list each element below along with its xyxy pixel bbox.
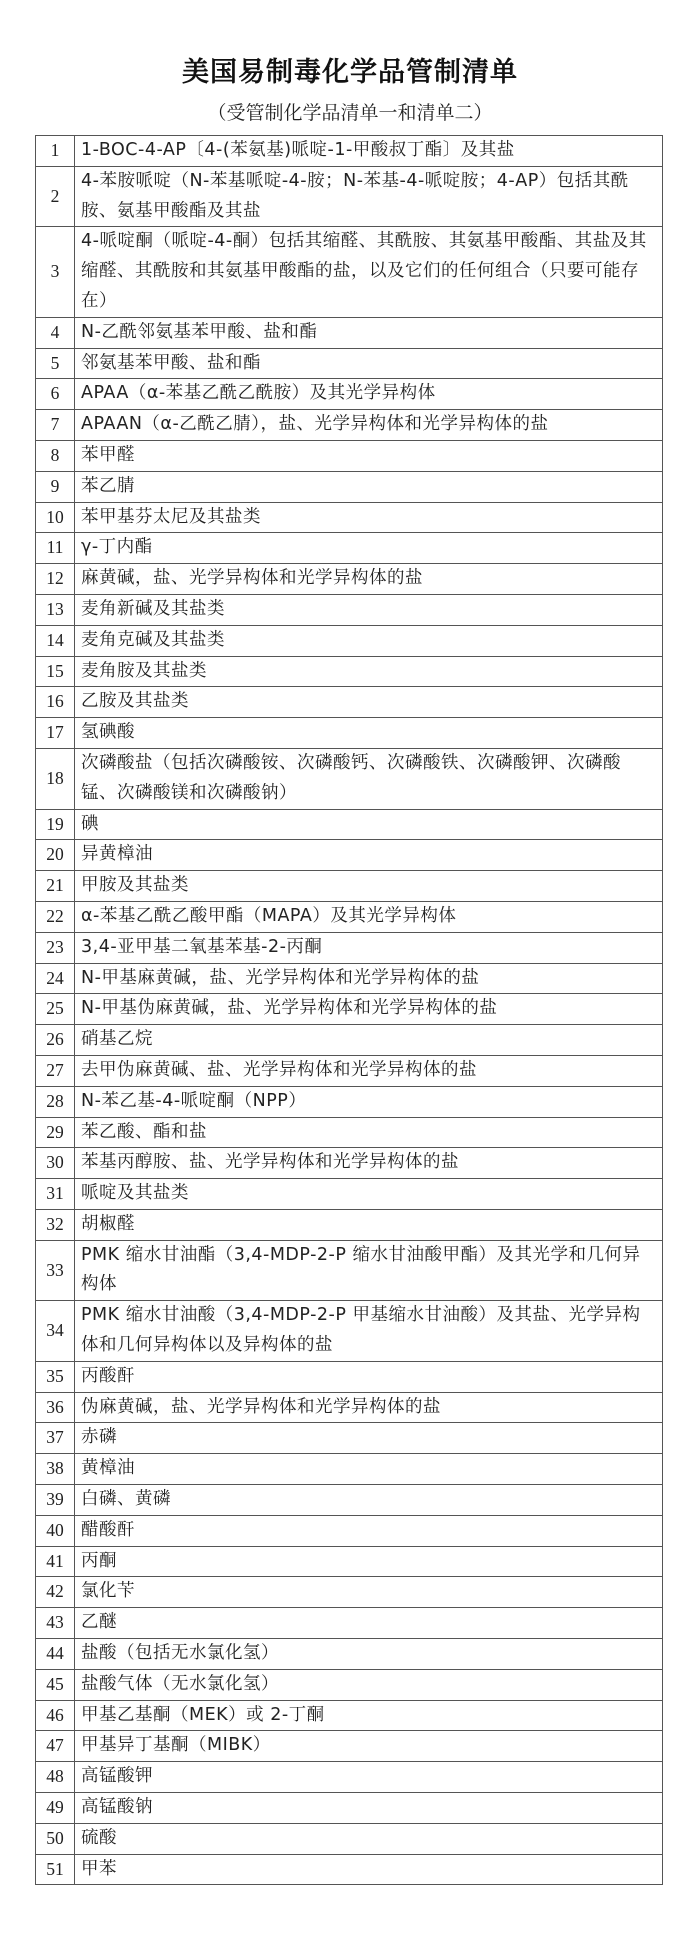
row-number: 6 bbox=[36, 379, 75, 410]
chemical-name: APAA（α-苯基乙酰乙酰胺）及其光学异构体 bbox=[75, 379, 663, 410]
table-row: 39白磷、黄磷 bbox=[36, 1485, 663, 1516]
table-row: 37赤磷 bbox=[36, 1423, 663, 1454]
row-number: 48 bbox=[36, 1762, 75, 1793]
table-row: 22α-苯基乙酰乙酸甲酯（MAPA）及其光学异构体 bbox=[36, 901, 663, 932]
row-number: 4 bbox=[36, 317, 75, 348]
chemical-name: 甲苯 bbox=[75, 1854, 663, 1885]
row-number: 14 bbox=[36, 625, 75, 656]
chemical-name: 赤磷 bbox=[75, 1423, 663, 1454]
row-number: 36 bbox=[36, 1392, 75, 1423]
chemical-name: 苯甲醛 bbox=[75, 440, 663, 471]
table-row: 36伪麻黄碱，盐、光学异构体和光学异构体的盐 bbox=[36, 1392, 663, 1423]
table-row: 41丙酮 bbox=[36, 1546, 663, 1577]
chemical-name: 3,4-亚甲基二氧基苯基-2-丙酮 bbox=[75, 932, 663, 963]
row-number: 5 bbox=[36, 348, 75, 379]
chemical-name: PMK 缩水甘油酯（3,4-MDP-2-P 缩水甘油酸甲酯）及其光学和几何异构体 bbox=[75, 1240, 663, 1301]
table-row: 40醋酸酐 bbox=[36, 1515, 663, 1546]
table-row: 13麦角新碱及其盐类 bbox=[36, 594, 663, 625]
row-number: 12 bbox=[36, 564, 75, 595]
table-row: 233,4-亚甲基二氧基苯基-2-丙酮 bbox=[36, 932, 663, 963]
row-number: 33 bbox=[36, 1240, 75, 1301]
chemical-name: 碘 bbox=[75, 809, 663, 840]
chemical-name: γ-丁内酯 bbox=[75, 533, 663, 564]
row-number: 40 bbox=[36, 1515, 75, 1546]
table-row: 7APAAN（α-乙酰乙腈），盐、光学异构体和光学异构体的盐 bbox=[36, 410, 663, 441]
document-subtitle: （受管制化学品清单一和清单二） bbox=[0, 98, 700, 125]
table-row: 24N-甲基麻黄碱，盐、光学异构体和光学异构体的盐 bbox=[36, 963, 663, 994]
table-row: 47甲基异丁基酮（MIBK） bbox=[36, 1731, 663, 1762]
chemical-name: 哌啶及其盐类 bbox=[75, 1179, 663, 1210]
chemical-name: 去甲伪麻黄碱、盐、光学异构体和光学异构体的盐 bbox=[75, 1055, 663, 1086]
chemical-name: 4-哌啶酮（哌啶-4-酮）包括其缩醛、其酰胺、其氨基甲酸酯、其盐及其缩醛、其酰胺… bbox=[75, 227, 663, 317]
chemical-name: α-苯基乙酰乙酸甲酯（MAPA）及其光学异构体 bbox=[75, 901, 663, 932]
table-row: 29苯乙酸、酯和盐 bbox=[36, 1117, 663, 1148]
chemical-name: 苯基丙醇胺、盐、光学异构体和光学异构体的盐 bbox=[75, 1148, 663, 1179]
table-row: 4N-乙酰邻氨基苯甲酸、盐和酯 bbox=[36, 317, 663, 348]
chemical-name: 盐酸（包括无水氯化氢） bbox=[75, 1639, 663, 1670]
row-number: 29 bbox=[36, 1117, 75, 1148]
row-number: 3 bbox=[36, 227, 75, 317]
table-row: 14麦角克碱及其盐类 bbox=[36, 625, 663, 656]
row-number: 42 bbox=[36, 1577, 75, 1608]
chemical-name: N-甲基麻黄碱，盐、光学异构体和光学异构体的盐 bbox=[75, 963, 663, 994]
row-number: 39 bbox=[36, 1485, 75, 1516]
table-row: 48高锰酸钾 bbox=[36, 1762, 663, 1793]
table-row: 19碘 bbox=[36, 809, 663, 840]
row-number: 2 bbox=[36, 166, 75, 227]
row-number: 15 bbox=[36, 656, 75, 687]
chemical-name: N-乙酰邻氨基苯甲酸、盐和酯 bbox=[75, 317, 663, 348]
table-row: 12麻黄碱，盐、光学异构体和光学异构体的盐 bbox=[36, 564, 663, 595]
row-number: 9 bbox=[36, 471, 75, 502]
table-row: 28N-苯乙基-4-哌啶酮（NPP） bbox=[36, 1086, 663, 1117]
table-row: 8苯甲醛 bbox=[36, 440, 663, 471]
row-number: 30 bbox=[36, 1148, 75, 1179]
row-number: 24 bbox=[36, 963, 75, 994]
table-row: 51甲苯 bbox=[36, 1854, 663, 1885]
table-row: 38黄樟油 bbox=[36, 1454, 663, 1485]
table-row: 11γ-丁内酯 bbox=[36, 533, 663, 564]
chemical-name: 丙酸酐 bbox=[75, 1361, 663, 1392]
chemical-name: 麦角胺及其盐类 bbox=[75, 656, 663, 687]
chemical-name: 甲基异丁基酮（MIBK） bbox=[75, 1731, 663, 1762]
chemical-name: 氯化苄 bbox=[75, 1577, 663, 1608]
row-number: 22 bbox=[36, 901, 75, 932]
table-row: 26硝基乙烷 bbox=[36, 1025, 663, 1056]
chemical-name: 麻黄碱，盐、光学异构体和光学异构体的盐 bbox=[75, 564, 663, 595]
table-row: 50硫酸 bbox=[36, 1823, 663, 1854]
row-number: 50 bbox=[36, 1823, 75, 1854]
table-row: 24-苯胺哌啶（N-苯基哌啶-4-胺；N-苯基-4-哌啶胺；4-AP）包括其酰胺… bbox=[36, 166, 663, 227]
row-number: 1 bbox=[36, 136, 75, 167]
row-number: 37 bbox=[36, 1423, 75, 1454]
chemical-name: 乙胺及其盐类 bbox=[75, 687, 663, 718]
table-row: 35丙酸酐 bbox=[36, 1361, 663, 1392]
chemical-name: 苯甲基芬太尼及其盐类 bbox=[75, 502, 663, 533]
table-row: 49高锰酸钠 bbox=[36, 1793, 663, 1824]
chemical-name: 黄樟油 bbox=[75, 1454, 663, 1485]
row-number: 11 bbox=[36, 533, 75, 564]
row-number: 28 bbox=[36, 1086, 75, 1117]
chemical-name: APAAN（α-乙酰乙腈），盐、光学异构体和光学异构体的盐 bbox=[75, 410, 663, 441]
table-row: 9苯乙腈 bbox=[36, 471, 663, 502]
table-row: 32胡椒醛 bbox=[36, 1209, 663, 1240]
table-row: 43乙醚 bbox=[36, 1608, 663, 1639]
row-number: 17 bbox=[36, 718, 75, 749]
chemical-name: PMK 缩水甘油酸（3,4-MDP-2-P 甲基缩水甘油酸）及其盐、光学异构体和… bbox=[75, 1301, 663, 1362]
row-number: 23 bbox=[36, 932, 75, 963]
row-number: 10 bbox=[36, 502, 75, 533]
table-row: 27去甲伪麻黄碱、盐、光学异构体和光学异构体的盐 bbox=[36, 1055, 663, 1086]
table-row: 31哌啶及其盐类 bbox=[36, 1179, 663, 1210]
chemical-name: 硝基乙烷 bbox=[75, 1025, 663, 1056]
chemical-name: 硫酸 bbox=[75, 1823, 663, 1854]
row-number: 41 bbox=[36, 1546, 75, 1577]
table-body: 11-BOC-4-AP〔4-(苯氨基)哌啶-1-甲酸叔丁酯〕及其盐24-苯胺哌啶… bbox=[36, 136, 663, 1885]
row-number: 46 bbox=[36, 1700, 75, 1731]
chemical-name: N-甲基伪麻黄碱，盐、光学异构体和光学异构体的盐 bbox=[75, 994, 663, 1025]
chemical-name: 高锰酸钾 bbox=[75, 1762, 663, 1793]
table-row: 30苯基丙醇胺、盐、光学异构体和光学异构体的盐 bbox=[36, 1148, 663, 1179]
chemical-name: 异黄樟油 bbox=[75, 840, 663, 871]
row-number: 49 bbox=[36, 1793, 75, 1824]
chemical-name: 苯乙酸、酯和盐 bbox=[75, 1117, 663, 1148]
row-number: 26 bbox=[36, 1025, 75, 1056]
table-row: 10苯甲基芬太尼及其盐类 bbox=[36, 502, 663, 533]
chemical-name: N-苯乙基-4-哌啶酮（NPP） bbox=[75, 1086, 663, 1117]
table-row: 17氢碘酸 bbox=[36, 718, 663, 749]
table-row: 34PMK 缩水甘油酸（3,4-MDP-2-P 甲基缩水甘油酸）及其盐、光学异构… bbox=[36, 1301, 663, 1362]
table-row: 21甲胺及其盐类 bbox=[36, 871, 663, 902]
table-row: 44盐酸（包括无水氯化氢） bbox=[36, 1639, 663, 1670]
row-number: 31 bbox=[36, 1179, 75, 1210]
row-number: 35 bbox=[36, 1361, 75, 1392]
table-row: 16乙胺及其盐类 bbox=[36, 687, 663, 718]
row-number: 21 bbox=[36, 871, 75, 902]
chemical-name: 邻氨基苯甲酸、盐和酯 bbox=[75, 348, 663, 379]
row-number: 18 bbox=[36, 748, 75, 809]
chemical-name: 乙醚 bbox=[75, 1608, 663, 1639]
table-row: 46甲基乙基酮（MEK）或 2-丁酮 bbox=[36, 1700, 663, 1731]
row-number: 45 bbox=[36, 1669, 75, 1700]
table-row: 11-BOC-4-AP〔4-(苯氨基)哌啶-1-甲酸叔丁酯〕及其盐 bbox=[36, 136, 663, 167]
chemical-name: 4-苯胺哌啶（N-苯基哌啶-4-胺；N-苯基-4-哌啶胺；4-AP）包括其酰胺、… bbox=[75, 166, 663, 227]
row-number: 19 bbox=[36, 809, 75, 840]
row-number: 7 bbox=[36, 410, 75, 441]
table-row: 42氯化苄 bbox=[36, 1577, 663, 1608]
row-number: 25 bbox=[36, 994, 75, 1025]
table-row: 18次磷酸盐（包括次磷酸铵、次磷酸钙、次磷酸铁、次磷酸钾、次磷酸锰、次磷酸镁和次… bbox=[36, 748, 663, 809]
chemical-name: 伪麻黄碱，盐、光学异构体和光学异构体的盐 bbox=[75, 1392, 663, 1423]
chemical-name: 麦角克碱及其盐类 bbox=[75, 625, 663, 656]
row-number: 13 bbox=[36, 594, 75, 625]
document-title: 美国易制毒化学品管制清单 bbox=[0, 50, 700, 89]
table-row: 5邻氨基苯甲酸、盐和酯 bbox=[36, 348, 663, 379]
chemical-name: 甲胺及其盐类 bbox=[75, 871, 663, 902]
chemical-name: 高锰酸钠 bbox=[75, 1793, 663, 1824]
row-number: 32 bbox=[36, 1209, 75, 1240]
row-number: 47 bbox=[36, 1731, 75, 1762]
table-row: 6APAA（α-苯基乙酰乙酰胺）及其光学异构体 bbox=[36, 379, 663, 410]
row-number: 8 bbox=[36, 440, 75, 471]
chemical-name: 甲基乙基酮（MEK）或 2-丁酮 bbox=[75, 1700, 663, 1731]
chemical-name: 盐酸气体（无水氯化氢） bbox=[75, 1669, 663, 1700]
chemical-list-table: 11-BOC-4-AP〔4-(苯氨基)哌啶-1-甲酸叔丁酯〕及其盐24-苯胺哌啶… bbox=[35, 135, 663, 1885]
row-number: 38 bbox=[36, 1454, 75, 1485]
row-number: 51 bbox=[36, 1854, 75, 1885]
table-row: 34-哌啶酮（哌啶-4-酮）包括其缩醛、其酰胺、其氨基甲酸酯、其盐及其缩醛、其酰… bbox=[36, 227, 663, 317]
chemical-name: 氢碘酸 bbox=[75, 718, 663, 749]
table-row: 33PMK 缩水甘油酯（3,4-MDP-2-P 缩水甘油酸甲酯）及其光学和几何异… bbox=[36, 1240, 663, 1301]
table-row: 20异黄樟油 bbox=[36, 840, 663, 871]
chemical-name: 胡椒醛 bbox=[75, 1209, 663, 1240]
row-number: 34 bbox=[36, 1301, 75, 1362]
row-number: 44 bbox=[36, 1639, 75, 1670]
table-row: 25N-甲基伪麻黄碱，盐、光学异构体和光学异构体的盐 bbox=[36, 994, 663, 1025]
table-row: 15麦角胺及其盐类 bbox=[36, 656, 663, 687]
row-number: 27 bbox=[36, 1055, 75, 1086]
chemical-name: 次磷酸盐（包括次磷酸铵、次磷酸钙、次磷酸铁、次磷酸钾、次磷酸锰、次磷酸镁和次磷酸… bbox=[75, 748, 663, 809]
row-number: 20 bbox=[36, 840, 75, 871]
chemical-name: 苯乙腈 bbox=[75, 471, 663, 502]
chemical-name: 1-BOC-4-AP〔4-(苯氨基)哌啶-1-甲酸叔丁酯〕及其盐 bbox=[75, 136, 663, 167]
chemical-name: 白磷、黄磷 bbox=[75, 1485, 663, 1516]
table-row: 45盐酸气体（无水氯化氢） bbox=[36, 1669, 663, 1700]
chemical-name: 醋酸酐 bbox=[75, 1515, 663, 1546]
chemical-name: 丙酮 bbox=[75, 1546, 663, 1577]
chemical-name: 麦角新碱及其盐类 bbox=[75, 594, 663, 625]
row-number: 43 bbox=[36, 1608, 75, 1639]
row-number: 16 bbox=[36, 687, 75, 718]
